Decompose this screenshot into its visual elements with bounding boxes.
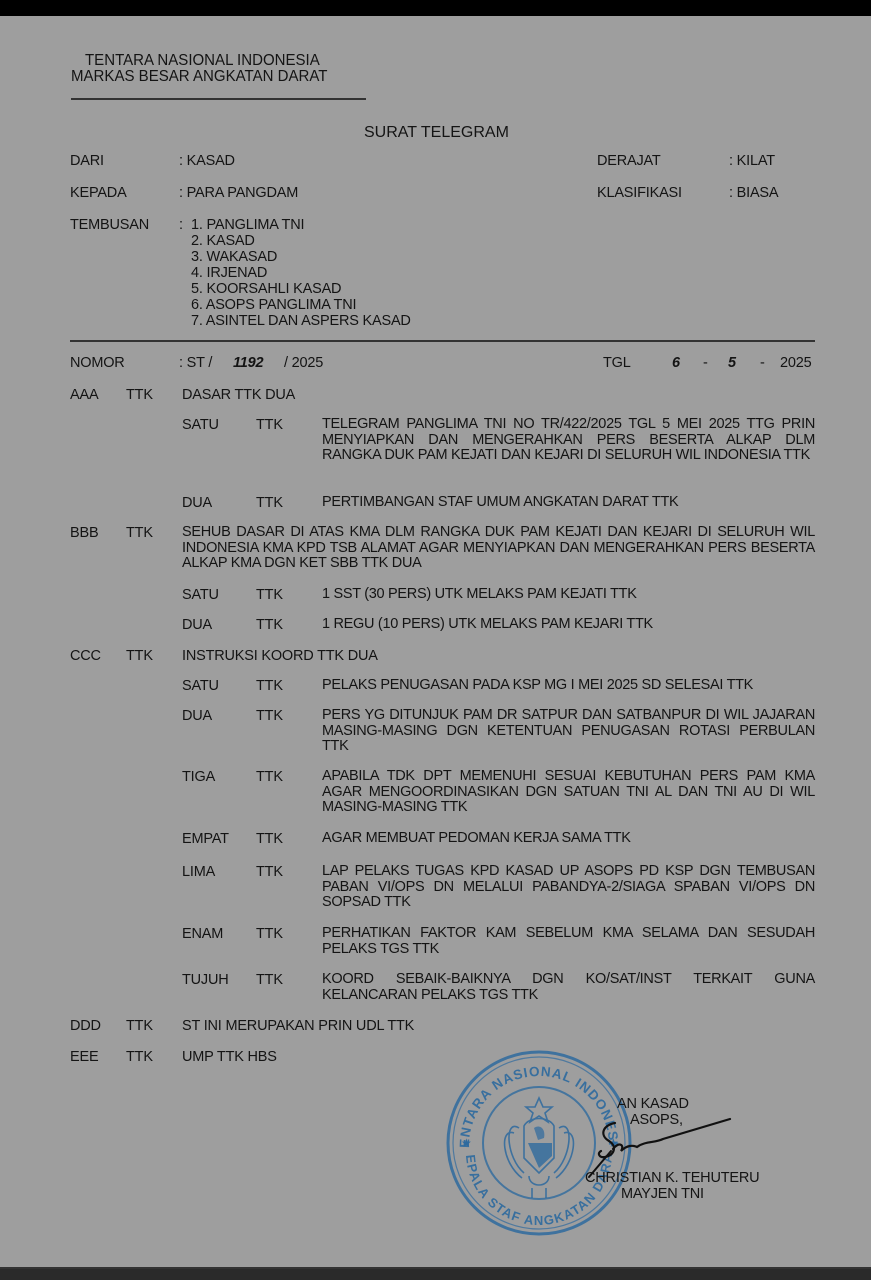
tembusan-label: TEMBUSAN [70,217,149,233]
tgl-sep-1: - [703,355,708,371]
section-ddd-text: ST INI MERUPAKAN PRIN UDL TTK [182,1018,414,1034]
ttk-marker: TTK [256,587,283,603]
section-bbb-label: BBB [70,525,98,541]
tgl-month: 5 [728,355,736,371]
org-line-2: MARKAS BESAR ANGKATAN DARAT [71,69,327,85]
bbb-item-1-text: 1 SST (30 PERS) UTK MELAKS PAM KEJATI TT… [322,587,815,603]
nomor-label: NOMOR [70,355,125,371]
ccc-item-4-text: AGAR MEMBUAT PEDOMAN KERJA SAMA TTK [322,831,815,847]
bbb-item-2-text: 1 REGU (10 PERS) UTK MELAKS PAM KEJARI T… [322,617,815,633]
ccc-item-1-label: SATU [182,678,219,694]
derajat-value: : KILAT [729,153,775,169]
ccc-item-2-text: PERS YG DITUNJUK PAM DR SATPUR DAN SATBA… [322,708,815,755]
ttk-marker: TTK [256,708,283,724]
section-ddd-label: DDD [70,1018,101,1034]
signature-line-1: AN KASAD [617,1096,689,1112]
section-ccc-label: CCC [70,648,101,664]
ccc-item-6-label: ENAM [182,926,223,942]
ccc-item-5-text: LAP PELAKS TUGAS KPD KASAD UP ASOPS PD K… [322,864,815,911]
section-ccc-text: INSTRUKSI KOORD TTK DUA [182,648,378,664]
tgl-year: 2025 [780,355,811,371]
ttk-marker: TTK [126,1018,153,1034]
ttk-marker: TTK [256,831,283,847]
ccc-item-4-label: EMPAT [182,831,229,847]
ttk-marker: TTK [126,525,153,541]
tembusan-colon: : [179,217,183,233]
dari-label: DARI [70,153,104,169]
ttk-marker: TTK [256,926,283,942]
ttk-marker: TTK [256,769,283,785]
section-aaa-text: DASAR TTK DUA [182,387,295,403]
ccc-item-2-label: DUA [182,708,212,724]
top-black-bar [0,0,871,16]
ccc-item-3-text: APABILA TDK DPT MEMENUHI SESUAI KEBUTUHA… [322,769,815,816]
svg-text:★: ★ [461,1136,472,1150]
tembusan-list: 1. PANGLIMA TNI 2. KASAD 3. WAKASAD 4. I… [191,217,411,329]
tembusan-item: 2. KASAD [191,233,411,249]
ttk-marker: TTK [256,972,283,988]
bbb-item-1-label: SATU [182,587,219,603]
ccc-item-6-text: PERHATIKAN FAKTOR KAM SEBELUM KMA SELAMA… [322,926,815,957]
tembusan-item: 5. KOORSAHLI KASAD [191,281,411,297]
nomor-suffix: / 2025 [284,355,323,371]
derajat-label: DERAJAT [597,153,661,169]
ccc-item-3-label: TIGA [182,769,215,785]
ttk-marker: TTK [126,1049,153,1065]
ttk-marker: TTK [256,864,283,880]
ccc-item-5-label: LIMA [182,864,215,880]
signatory-name: CHRISTIAN K. TEHUTERU [585,1170,759,1186]
tembusan-item: 4. IRJENAD [191,265,411,281]
tgl-day: 6 [672,355,680,371]
header-underline [71,98,366,100]
section-aaa-label: AAA [70,387,98,403]
klasifikasi-label: KLASIFIKASI [597,185,682,201]
aaa-item-2-text: PERTIMBANGAN STAF UMUM ANGKATAN DARAT TT… [322,495,815,511]
tembusan-item: 1. PANGLIMA TNI [191,217,411,233]
nomor-number: 1192 [233,355,263,371]
kepada-value: : PARA PANGDAM [179,185,298,201]
section-eee-label: EEE [70,1049,98,1065]
bottom-dark-bar [0,1267,871,1280]
aaa-item-1-text: TELEGRAM PANGLIMA TNI NO TR/422/2025 TGL… [322,417,815,464]
tembusan-item: 7. ASINTEL DAN ASPERS KASAD [191,313,411,329]
tembusan-item: 3. WAKASAD [191,249,411,265]
ttk-marker: TTK [256,495,283,511]
tembusan-item: 6. ASOPS PANGLIMA TNI [191,297,411,313]
ttk-marker: TTK [126,648,153,664]
klasifikasi-value: : BIASA [729,185,778,201]
org-line-1: TENTARA NASIONAL INDONESIA [85,53,320,69]
telegram-document: TENTARA NASIONAL INDONESIA MARKAS BESAR … [0,16,871,1267]
tgl-label: TGL [603,355,631,371]
bbb-item-2-label: DUA [182,617,212,633]
aaa-item-1-label: SATU [182,417,219,433]
ccc-item-7-label: TUJUH [182,972,229,988]
ttk-marker: TTK [126,387,153,403]
meta-divider [70,340,815,342]
ccc-item-7-text: KOORD SEBAIK-BAIKNYA DGN KO/SAT/INST TER… [322,972,815,1003]
ccc-item-1-text: PELAKS PENUGASAN PADA KSP MG I MEI 2025 … [322,678,815,694]
document-title: SURAT TELEGRAM [364,124,509,142]
section-eee-text: UMP TTK HBS [182,1049,277,1065]
kepada-label: KEPADA [70,185,127,201]
aaa-item-2-label: DUA [182,495,212,511]
ttk-marker: TTK [256,417,283,433]
ttk-marker: TTK [256,617,283,633]
section-bbb-text: SEHUB DASAR DI ATAS KMA DLM RANGKA DUK P… [182,525,815,572]
signatory-rank: MAYJEN TNI [621,1186,704,1202]
dari-value: : KASAD [179,153,235,169]
nomor-prefix: : ST / [179,355,212,371]
ttk-marker: TTK [256,678,283,694]
tgl-sep-2: - [760,355,765,371]
